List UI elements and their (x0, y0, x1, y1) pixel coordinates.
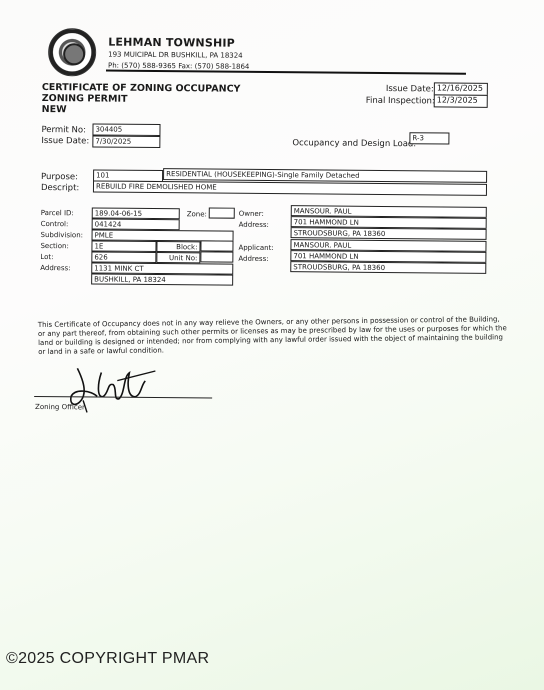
zone-label: Zone: (187, 210, 207, 218)
permit-no-label: Permit No: (41, 125, 86, 135)
lot-label: Lot: (40, 253, 53, 261)
township-seal-icon (48, 28, 96, 76)
permit-no-value: 304405 (92, 123, 160, 136)
parcel-id-value: 189.04-06-15 (92, 207, 180, 219)
control-value: 041424 (92, 218, 180, 230)
zoning-officer-label: Zoning Officer (35, 403, 85, 411)
header-rule (106, 70, 466, 75)
block-label: Block: (156, 241, 200, 252)
block-value (200, 240, 233, 251)
final-inspection-value: 12/3/2025 (434, 94, 488, 107)
control-label: Control: (41, 220, 69, 228)
occupancy-value: R-3 (409, 132, 449, 144)
descript-value: REBUILD FIRE DEMOLISHED HOME (93, 180, 487, 195)
occupancy-label: Occupancy and Design Load: (292, 138, 416, 149)
unit-value (200, 251, 233, 262)
lot-value: 626 (91, 251, 156, 263)
org-name: LEHMAN TOWNSHIP (108, 36, 235, 50)
applicant-address-line2: STROUDSBURG, PA 18360 (290, 261, 486, 274)
unit-label: Unit No: (156, 252, 200, 263)
subdivision-label: Subdivision: (41, 231, 84, 239)
cert-issue-date-label: Issue Date: (386, 84, 434, 94)
owner-address-line2: STROUDSBURG, PA 18360 (291, 227, 487, 240)
permit-issue-date-label: Issue Date: (41, 136, 89, 146)
zone-value (209, 207, 235, 218)
doc-status: NEW (42, 104, 67, 115)
org-address: 193 MUICIPAL DR BUSHKILL, PA 18324 (108, 51, 243, 60)
owner-label: Owner: (239, 210, 264, 218)
permit-document: LEHMAN TOWNSHIP 193 MUICIPAL DR BUSHKILL… (0, 0, 544, 690)
applicant-label: Applicant: (238, 244, 273, 252)
applicant-address-label: Address: (238, 255, 268, 263)
final-inspection-label: Final Inspection: (366, 96, 435, 107)
parcel-id-label: Parcel ID: (41, 209, 74, 217)
permit-issue-date-value: 7/30/2025 (92, 135, 160, 148)
purpose-label: Purpose: (41, 172, 78, 182)
parcel-address-label: Address: (40, 264, 70, 272)
section-label: Section: (40, 242, 68, 250)
descript-label: Descript: (41, 183, 79, 193)
copyright-watermark: ©2025 COPYRIGHT PMAR (6, 650, 209, 668)
section-value: 1E (91, 240, 156, 252)
parcel-address-line2: BUSHKILL, PA 18324 (91, 273, 233, 285)
owner-address-label: Address: (239, 221, 269, 229)
disclaimer-text: This Certificate of Occupancy does not i… (38, 315, 508, 357)
doc-subtitle: ZONING PERMIT (42, 93, 128, 105)
